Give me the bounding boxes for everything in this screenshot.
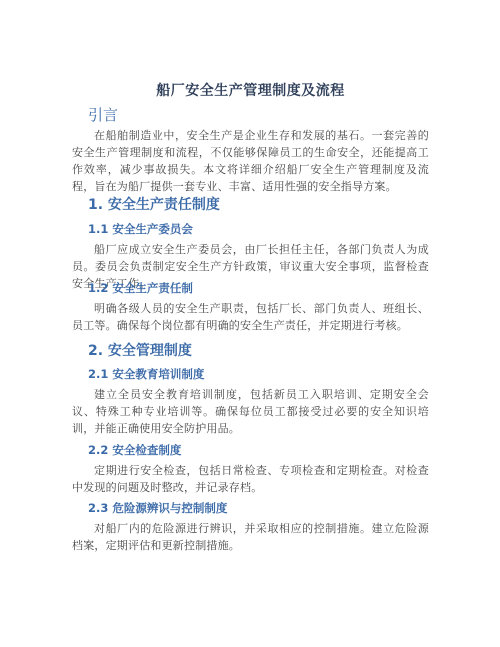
heading-1-2: 1.2 安全生产责任制	[88, 280, 193, 296]
paragraph-2-2: 定期进行安全检查，包括日常检查、专项检查和定期检查。对检查中发现的问题及时整改，…	[72, 462, 429, 496]
paragraph-2-3: 对船厂内的危险源进行辨识，并采取相应的控制措施。建立危险源档案，定期评估和更新控…	[72, 520, 429, 554]
heading-1-1: 1.1 安全生产委员会	[88, 221, 193, 237]
paragraph-intro: 在船舶制造业中，安全生产是企业生存和发展的基石。一套完善的安全生产管理制度和流程…	[72, 127, 429, 195]
document-title: 船厂安全生产管理制度及流程	[72, 80, 429, 100]
heading-section-1: 1. 安全生产责任制度	[88, 194, 220, 214]
heading-2-1: 2.1 安全教育培训制度	[88, 366, 204, 382]
heading-2-3: 2.3 危险源辨识与控制制度	[88, 500, 227, 516]
heading-section-2: 2. 安全管理制度	[88, 340, 192, 360]
paragraph-2-1: 建立全员安全教育培训制度，包括新员工入职培训、定期安全会议、特殊工种专业培训等。…	[72, 386, 429, 437]
heading-2-2: 2.2 安全检查制度	[88, 442, 181, 458]
heading-intro: 引言	[88, 104, 118, 125]
paragraph-1-2: 明确各级人员的安全生产职责，包括厂长、部门负责人、班组长、员工等。确保每个岗位都…	[72, 300, 429, 334]
